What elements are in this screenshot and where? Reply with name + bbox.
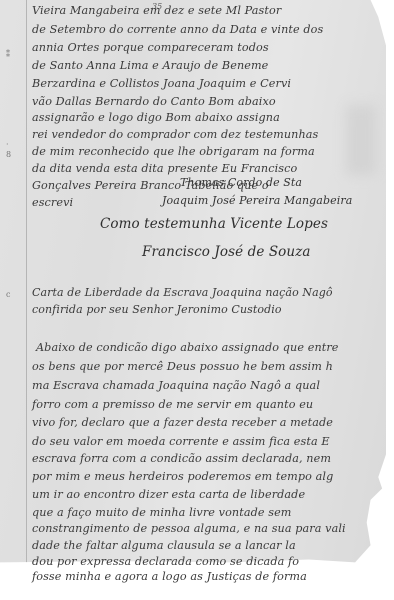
text-line: de mim reconhecido que lhe obrigaram na … [32,145,315,158]
signature: Joaquim José Pereira Mangabeira [162,194,352,207]
heading-line: Carta de Liberdade da Escrava Joaquina n… [32,286,333,299]
text-line: da dita venda esta dita presente Eu Fran… [32,162,297,175]
text-line: dade the faltar alguma clausula se a lan… [32,539,296,552]
text-line: de Setembro do corrente anno da Data e v… [32,23,323,36]
text-line: annia Ortes porque compareceram todos [32,41,269,54]
text-line: vão Dallas Bernardo do Canto Bom abaixo [32,95,276,108]
signature: Thomas Cordo de Sta [180,176,302,189]
text-line: de Santo Anna Lima e Araujo de Beneme [32,59,268,72]
text-line: Vieira Mangabeira em dez e sete Ml Pasto… [32,4,281,17]
text-line: constrangimento de pessoa alguma, e na s… [32,522,346,535]
signature: Como testemunha Vicente Lopes [100,216,328,232]
text-line: dou por expressa declarada como se dicad… [32,555,299,568]
text-line: que a faço muito de minha livre vontade … [32,506,292,519]
text-line: um ir ao encontro dizer esta carta de li… [32,488,305,501]
text-line: por mim e meus herdeiros poderemos em te… [32,470,333,483]
margin-line [26,0,27,568]
text-line: rei vendedor do comprador com dez testem… [32,128,318,141]
text-line: Berzardina e Collistos Joana Joaquim e C… [32,77,291,90]
text-line: forro com a premisso de me servir em qua… [32,398,313,411]
text-line: os bens que por mercê Deus possuo he bem… [32,360,333,373]
margin-mark: ⁑ [6,50,10,59]
paper-stain [346,105,376,175]
signature: Francisco José de Souza [142,244,311,260]
text-line: escrevi [32,196,73,209]
text-line: Abaixo de condicão digo abaixo assignado… [36,341,339,354]
text-line: fosse minha e agora a logo as Justiças d… [32,570,307,583]
margin-mark: 8 [6,150,11,159]
margin-mark: · [6,140,9,149]
heading-line: confirida por seu Senhor Jeronimo Custod… [32,303,282,316]
text-line: assignarão e logo digo Bom abaixo assign… [32,111,280,124]
text-line: vivo for, declaro que a fazer desta rece… [32,416,333,429]
text-line: ma Escrava chamada Joaquina nação Nagô a… [32,379,320,392]
text-line: do seu valor em moeda corrente e assim f… [32,435,330,448]
margin-mark: c [6,290,10,299]
text-line: escrava forra com a condicão assim decla… [32,452,331,465]
